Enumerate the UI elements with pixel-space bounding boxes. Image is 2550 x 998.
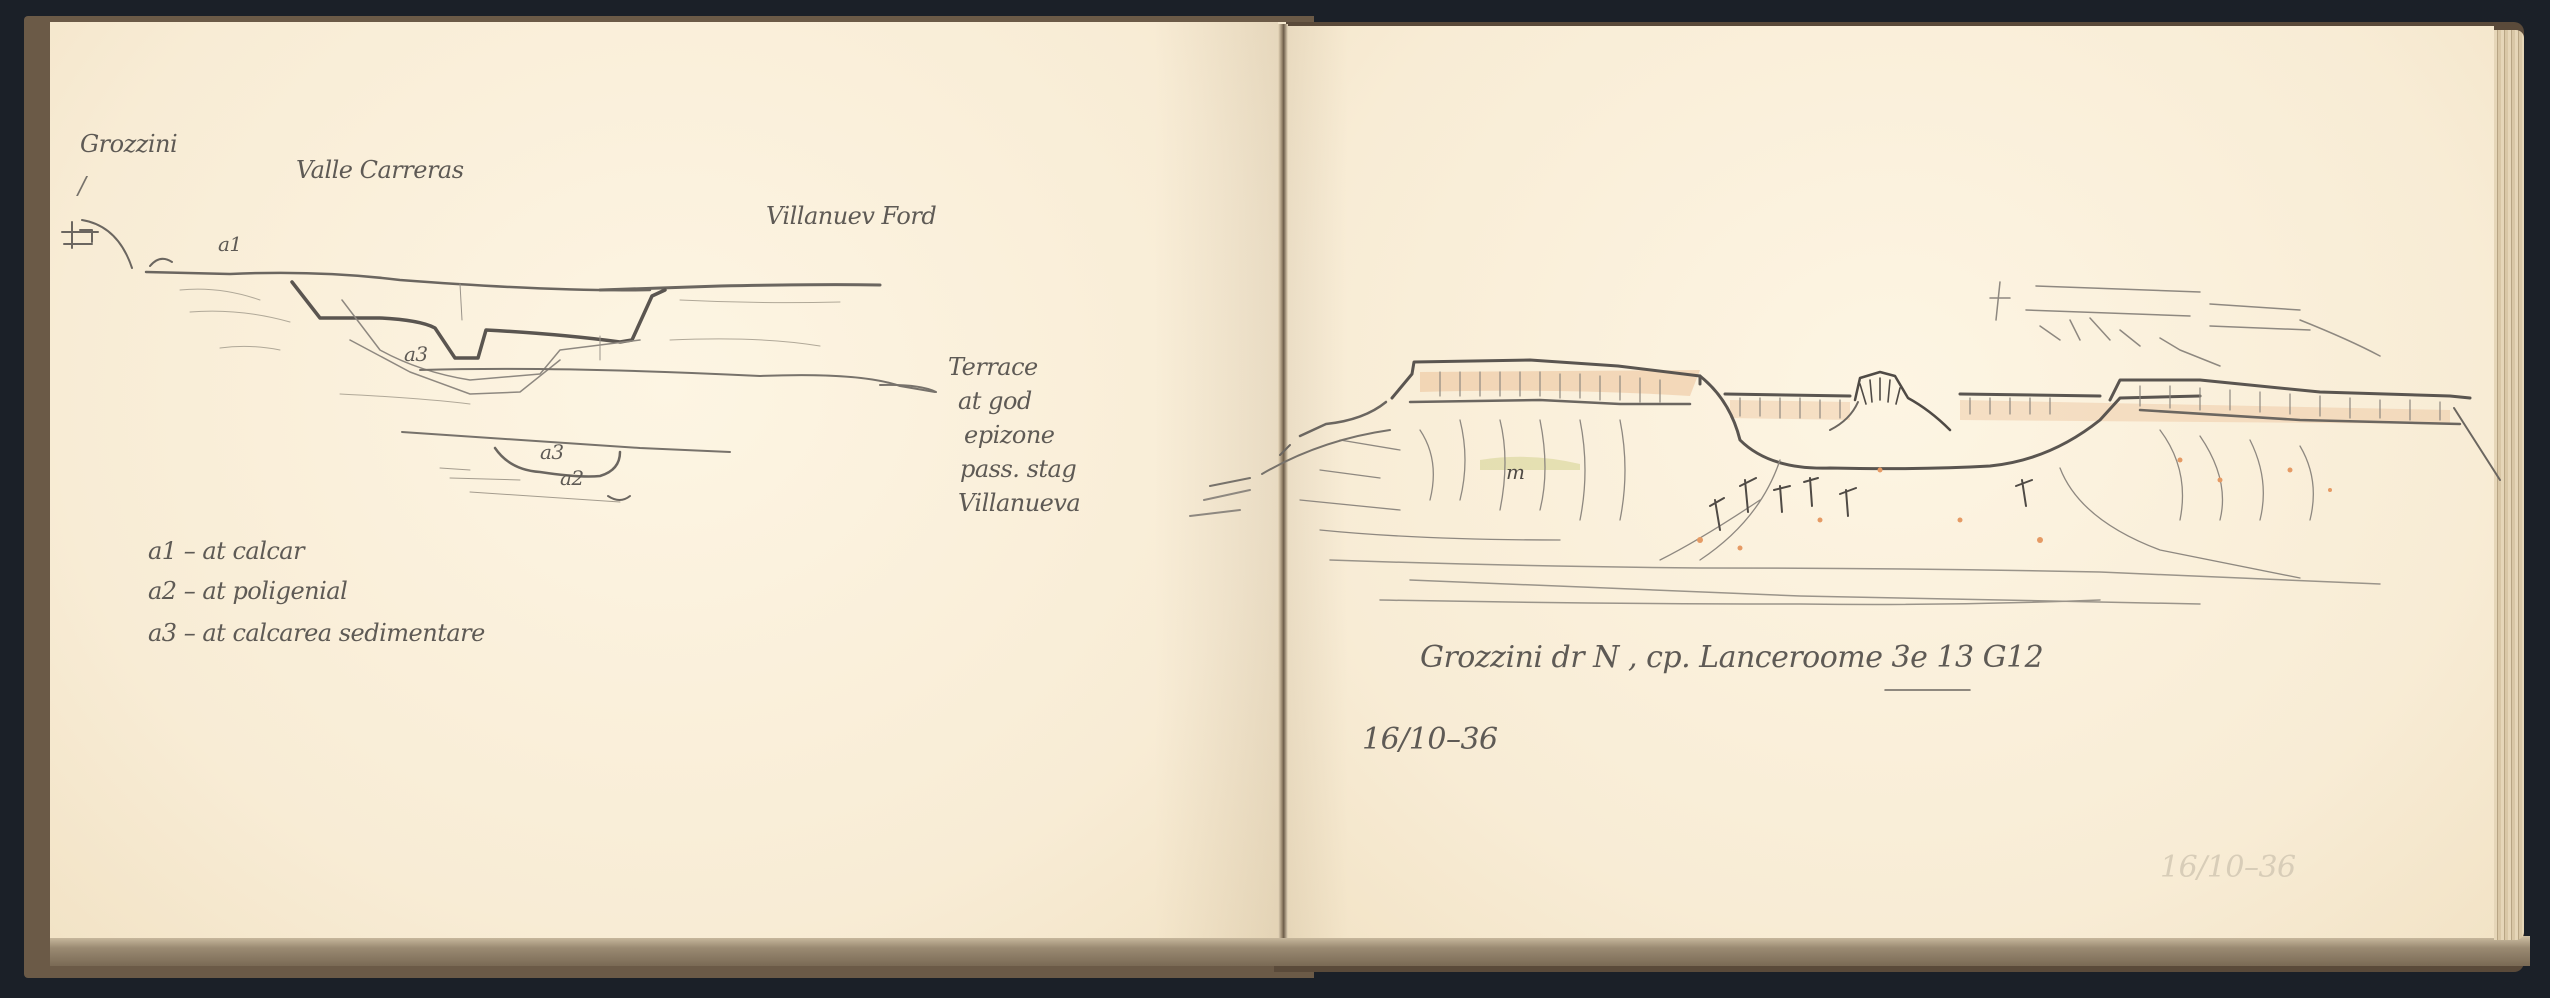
legend-row: a1 – at calcar <box>148 534 485 568</box>
legend-row: a3 – at calcarea sedimentare <box>148 616 485 650</box>
margin-note-line: at god <box>948 384 1080 418</box>
tick-mark: / <box>78 172 86 200</box>
caption: Grozzini dr N <box>1420 640 1619 675</box>
legend-key: a1 – <box>148 537 195 565</box>
legend-text: at calcar <box>202 537 304 565</box>
ghost-date-bleedthrough: 16/10–36 <box>2160 850 2296 885</box>
pencil-sketches <box>0 0 2550 998</box>
legend: a1 – at calcar a2 – at poligenial a3 – a… <box>148 534 485 650</box>
margin-note-line: epizone <box>948 418 1080 452</box>
sketch-label-a3-upper: a3 <box>404 342 428 366</box>
date: 16/10–36 <box>1362 722 1498 757</box>
sketch-label-a2: a2 <box>560 466 584 490</box>
sketch-label-a1: a1 <box>218 232 242 256</box>
caption-reference: , cp. Lanceroome 3e 13 G12 <box>1628 640 2043 675</box>
legend-row: a2 – at poligenial <box>148 574 485 608</box>
label-grozzini: Grozzini <box>80 130 177 158</box>
legend-text: at poligenial <box>202 577 347 605</box>
margin-note: Terrace at god epizone pass. stag Villan… <box>948 350 1080 520</box>
label-villanueva: Villanuev Ford <box>766 202 936 230</box>
legend-key: a2 – <box>148 577 195 605</box>
sketch-label-a3-lower: a3 <box>540 440 564 464</box>
margin-note-line: Terrace <box>948 350 1080 384</box>
sketch-label-tree: m <box>1506 460 1524 484</box>
mesa-landscape-sketch <box>1210 282 2500 690</box>
legend-text: at calcarea sedimentare <box>202 619 484 647</box>
margin-note-line: pass. stag <box>948 452 1080 486</box>
label-valle-carreras: Valle Carreras <box>296 156 464 184</box>
legend-key: a3 – <box>148 619 195 647</box>
margin-note-line: Villanueva <box>948 486 1080 520</box>
